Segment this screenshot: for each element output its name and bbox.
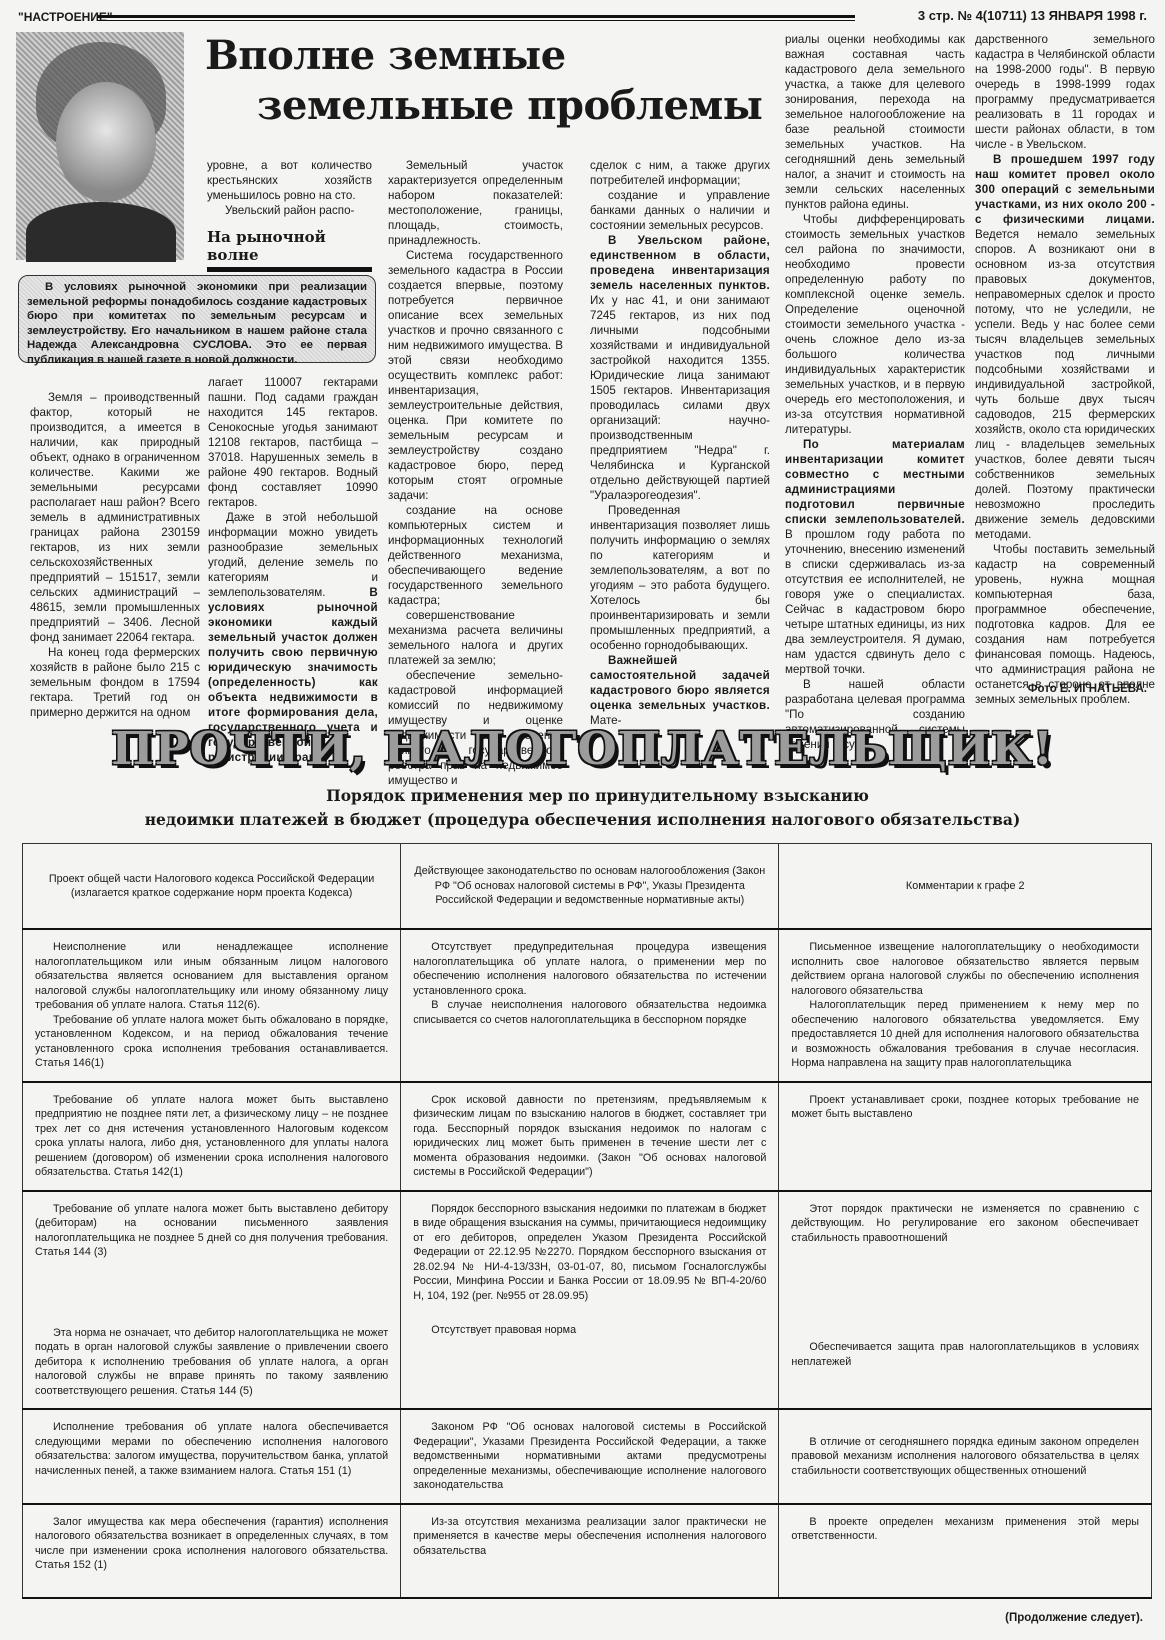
article-lead-box: В условиях рыночной экономики при реализ… xyxy=(18,275,376,363)
column-4: сделок с ним, а также других потребителе… xyxy=(590,158,770,728)
cell-text: Требование об уплате налога может быть в… xyxy=(35,1093,388,1180)
tax-banner: ПРОЧТИ, НАЛОГОПЛАТЕЛЬЩИК! xyxy=(0,722,1165,775)
column-3: Земельный участок характеризуется опреде… xyxy=(388,158,563,788)
paragraph: Система государственного земельного када… xyxy=(388,248,563,503)
paragraph: дарственного земельного кадастра в Челяб… xyxy=(975,32,1155,152)
bold-text: В прошедшем 1997 году наш комитет провел… xyxy=(975,153,1155,226)
text: В прошлом году работа по уточнению, внес… xyxy=(785,528,965,676)
paragraph: сделок с ним, а также других потребителе… xyxy=(590,158,770,188)
table-cell: Отсутствует предупредительная процедура … xyxy=(401,929,779,1082)
cell-text: В случае неисполнения налогового обязате… xyxy=(413,998,766,1027)
table-row: Требование об уплате налога может быть в… xyxy=(23,1082,1152,1191)
photo-body xyxy=(26,202,176,262)
cell-text: Эта норма не означает, что дебитор налог… xyxy=(35,1326,388,1399)
cell-text: Требование об уплате налога может быть в… xyxy=(35,1202,388,1260)
column-5: риалы оценки необходимы как важная соста… xyxy=(785,32,965,752)
cell-text: Обеспечивается защита прав налогоплатель… xyxy=(791,1340,1139,1369)
tax-subtitle-line1: Порядок применения мер по принудительном… xyxy=(0,786,1165,805)
paragraph: Чтобы дифференцировать стоимость земельн… xyxy=(785,212,965,437)
paragraph: совершенствование механизма расчета вели… xyxy=(388,608,563,668)
cell-text: Письменное извещение налогоплательщику о… xyxy=(791,940,1139,998)
table-cell: Из-за отсутствия механизма реализации за… xyxy=(401,1504,779,1598)
tax-comparison-table: Проект общей части Налогового кодекса Ро… xyxy=(22,843,1152,1599)
column-header: Действующее законодательство по основам … xyxy=(401,844,779,930)
column-header: Комментарии к графе 2 xyxy=(779,844,1152,930)
paragraph: На конец года фермерских хозяйств в райо… xyxy=(30,645,200,720)
table-cell: Порядок бесспорного взыскания недоимки п… xyxy=(401,1191,779,1410)
table-cell: В проекте определен механизм применения … xyxy=(779,1504,1152,1598)
masthead-rule xyxy=(98,15,855,18)
text: Даже в этой небольшой информации можно у… xyxy=(208,511,378,599)
cell-text: Налогоплательщик перед применением к нем… xyxy=(791,998,1139,1071)
column-6: дарственного земельного кадастра в Челяб… xyxy=(975,32,1155,707)
paragraph: В Увельском районе, единственном в облас… xyxy=(590,233,770,503)
article-title-line2: земельные проблемы xyxy=(257,82,762,130)
paragraph: Увельский район распо- xyxy=(207,203,372,218)
cell-text: В отличие от сегодняшнего порядка единым… xyxy=(791,1435,1139,1479)
table-row: Требование об уплате налога может быть в… xyxy=(23,1191,1152,1410)
continued-note: (Продолжение следует). xyxy=(1005,1612,1143,1624)
cell-text: Требование об уплате налога может быть о… xyxy=(35,1013,388,1071)
cell-text: В проекте определен механизм применения … xyxy=(791,1515,1139,1544)
cell-text: Порядок бесспорного взыскания недоимки п… xyxy=(413,1202,766,1304)
cell-text: Из-за отсутствия механизма реализации за… xyxy=(413,1515,766,1559)
article-subhead: На рыночной волне xyxy=(207,228,372,272)
cell-text: Отсутствует правовая норма xyxy=(413,1323,766,1338)
bold-text: В Увельском районе, единственном в облас… xyxy=(590,234,770,292)
paragraph: риалы оценки необходимы как важная соста… xyxy=(785,32,965,212)
cell-text: Неисполнение или ненадлежащее исполнение… xyxy=(35,940,388,1013)
bold-text: Важнейшей самостоятельной задачей кадаст… xyxy=(590,654,770,712)
table-cell: Законом РФ "Об основах налоговой системы… xyxy=(401,1409,779,1504)
paragraph: уровне, а вот количество крестьянских хо… xyxy=(207,158,372,203)
bold-text: По материалам инвентаризации комитет сов… xyxy=(785,438,965,526)
column-1-top: уровне, а вот количество крестьянских хо… xyxy=(207,158,372,218)
table-cell: Залог имущества как мера обеспечения (га… xyxy=(23,1504,401,1598)
paragraph: Важнейшей самостоятельной задачей кадаст… xyxy=(590,653,770,728)
column-1: Земля – проивод­ственный фактор, который… xyxy=(30,390,200,720)
cell-text: Этот порядок практически не изменяется п… xyxy=(791,1202,1139,1246)
cell-text: Исполнение требования об уплате налога о… xyxy=(35,1420,388,1478)
cell-text: Законом РФ "Об основах налоговой системы… xyxy=(413,1420,766,1493)
article-title-line1: Вполне земные xyxy=(205,32,566,80)
table-row: Залог имущества как мера обеспечения (га… xyxy=(23,1504,1152,1598)
paragraph: В прошедшем 1997 году наш комитет провел… xyxy=(975,152,1155,542)
cell-text: Отсутствует предупредительная процедура … xyxy=(413,940,766,998)
text: Их у нас 41, и они занимают 7245 гектаро… xyxy=(590,294,770,502)
table-row: Неисполнение или ненадлежащее исполнение… xyxy=(23,929,1152,1082)
table-cell: Требование об уплате налога может быть в… xyxy=(23,1082,401,1191)
tax-subtitle-line2: недоимки платежей в бюджет (процедура об… xyxy=(0,810,1165,829)
photo-credit: Фото Е. ИГНАТЬЕВА. xyxy=(1028,683,1147,695)
paragraph: создание и управление банками данных о н… xyxy=(590,188,770,233)
paragraph: Проведенная инвентаризация позволяет лиш… xyxy=(590,503,770,653)
column-2-bottom: лагает 110007 гектарами пашни. Под садам… xyxy=(208,375,378,765)
table-cell: Неисполнение или ненадлежащее исполнение… xyxy=(23,929,401,1082)
masthead-rule-thin xyxy=(98,20,855,21)
table-cell: Требование об уплате налога может быть в… xyxy=(23,1191,401,1410)
text: Ведется немало земельных споров. А возни… xyxy=(975,228,1155,541)
table-cell: Этот порядок практически не изменяется п… xyxy=(779,1191,1152,1410)
cell-text: Проект устанавливает сроки, позднее кото… xyxy=(791,1093,1139,1122)
paragraph: По материалам инвентаризации комитет сов… xyxy=(785,437,965,677)
table-cell: Срок исковой давности по претензиям, пре… xyxy=(401,1082,779,1191)
table-row: Исполнение требования об уплате налога о… xyxy=(23,1409,1152,1504)
table-cell: Проект устанавливает сроки, позднее кото… xyxy=(779,1082,1152,1191)
author-photo xyxy=(16,32,184,260)
table-cell: Письменное извещение налогоплательщику о… xyxy=(779,929,1152,1082)
cell-text: Залог имущества как мера обеспечения (га… xyxy=(35,1515,388,1573)
table-cell: Исполнение требования об уплате налога о… xyxy=(23,1409,401,1504)
photo-face xyxy=(56,82,156,202)
table-cell: В отличие от сегодняшнего порядка единым… xyxy=(779,1409,1152,1504)
cell-text: Срок исковой давности по претензиям, пре… xyxy=(413,1093,766,1180)
column-header: Проект общей части Налогового кодекса Ро… xyxy=(23,844,401,930)
paragraph: Земля – проивод­ственный фактор, который… xyxy=(30,390,200,645)
paragraph: лагает 110007 гектарами пашни. Под садам… xyxy=(208,375,378,510)
issue-info: 3 стр. № 4(10711) 13 ЯНВАРЯ 1998 г. xyxy=(918,8,1147,23)
table-header-row: Проект общей части Налогового кодекса Ро… xyxy=(23,844,1152,930)
paragraph: создание на основе компьютерных систем и… xyxy=(388,503,563,608)
paragraph: Земельный участок характеризуется опреде… xyxy=(388,158,563,248)
